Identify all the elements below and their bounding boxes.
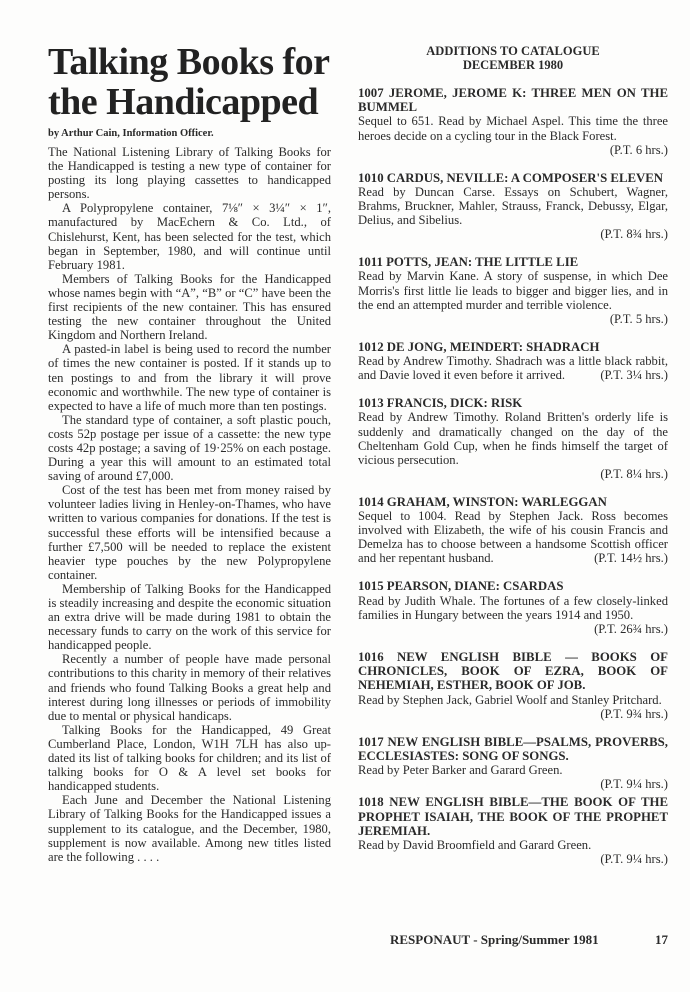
entry-title: 1016 NEW ENGLISH BIBLE — BOOKS OF CHRONI… bbox=[358, 650, 668, 693]
article-paragraph: Talking Books for the Handicapped, 49 Gr… bbox=[48, 723, 331, 793]
catalogue-entry: 1007 JEROME, JEROME K: THREE MEN ON THE … bbox=[358, 86, 668, 157]
entry-description: Read by Stephen Jack, Gabriel Woolf and … bbox=[358, 693, 668, 707]
playing-time: (P.T. 9¼ hrs.) bbox=[358, 777, 668, 791]
catalogue-entry: 1011 POTTS, JEAN: THE LITTLE LIE Read by… bbox=[358, 255, 668, 326]
article-paragraph: A pasted-in label is being used to recor… bbox=[48, 342, 331, 412]
playing-time: (P.T. 5 hrs.) bbox=[610, 312, 668, 326]
title-line-1: Talking Books for bbox=[48, 41, 330, 83]
publication-name: RESPONAUT - Spring/Summer 1981 bbox=[390, 932, 599, 948]
article-paragraph: Membership of Talking Books for the Hand… bbox=[48, 582, 331, 652]
catalogue-entry: 1016 NEW ENGLISH BIBLE — BOOKS OF CHRONI… bbox=[358, 650, 668, 721]
article-title: Talking Books for the Handicapped bbox=[48, 42, 331, 122]
playing-time: (P.T. 6 hrs.) bbox=[610, 143, 668, 157]
entry-description: Read by Peter Barker and Garard Green. bbox=[358, 763, 668, 777]
entry-title: 1017 NEW ENGLISH BIBLE—PSALMS, PROVERBS,… bbox=[358, 735, 668, 763]
playing-time: (P.T. 9¼ hrs.) bbox=[358, 852, 668, 866]
catalogue-entry: 1017 NEW ENGLISH BIBLE—PSALMS, PROVERBS,… bbox=[358, 735, 668, 792]
entry-title: 1018 NEW ENGLISH BIBLE—THE BOOK OF THE P… bbox=[358, 795, 668, 838]
catalogue-heading: ADDITIONS TO CATALOGUE DECEMBER 1980 bbox=[358, 44, 668, 72]
playing-time: (P.T. 8¾ hrs.) bbox=[358, 227, 668, 241]
catalogue-entry: 1010 CARDUS, NEVILLE: A COMPOSER'S ELEVE… bbox=[358, 171, 668, 242]
playing-time: (P.T. 8¼ hrs.) bbox=[358, 467, 668, 481]
entry-title: 1013 FRANCIS, DICK: RISK bbox=[358, 396, 668, 410]
catalogue-entry: 1015 PEARSON, DIANE: CSARDAS Read by Jud… bbox=[358, 579, 668, 635]
entry-title: 1011 POTTS, JEAN: THE LITTLE LIE bbox=[358, 255, 668, 269]
page-footer: RESPONAUT - Spring/Summer 1981 17 bbox=[390, 932, 668, 948]
entry-description: Read by Andrew Timothy. Shadrach was a l… bbox=[358, 354, 668, 382]
entry-description: Read by Andrew Timothy. Roland Britten's… bbox=[358, 410, 668, 466]
article-paragraph: A Polypropylene container, 7⅛″ × 3¼″ × 1… bbox=[48, 201, 331, 271]
article-paragraph: The standard type of container, a soft p… bbox=[48, 413, 331, 483]
article-paragraph: Recently a number of people have made pe… bbox=[48, 652, 331, 722]
entry-title: 1007 JEROME, JEROME K: THREE MEN ON THE … bbox=[358, 86, 668, 114]
article-paragraph: The National Listening Library of Talkin… bbox=[48, 145, 331, 201]
catalogue-heading-line-1: ADDITIONS TO CATALOGUE bbox=[426, 44, 599, 58]
article-paragraph: Cost of the test has been met from money… bbox=[48, 483, 331, 582]
entry-description: Read by Judith Whale. The fortunes of a … bbox=[358, 594, 668, 622]
catalogue-column: ADDITIONS TO CATALOGUE DECEMBER 1980 100… bbox=[358, 44, 668, 870]
title-line-2: the Handicapped bbox=[48, 81, 318, 123]
entry-title: 1012 DE JONG, MEINDERT: SHADRACH bbox=[358, 340, 668, 354]
entry-description: Sequel to 1004. Read by Stephen Jack. Ro… bbox=[358, 509, 668, 565]
playing-time: (P.T. 9¾ hrs.) bbox=[600, 707, 668, 721]
playing-time: (P.T. 14½ hrs.) bbox=[594, 551, 668, 565]
catalogue-heading-line-2: DECEMBER 1980 bbox=[463, 58, 563, 72]
byline: by Arthur Cain, Information Officer. bbox=[48, 128, 331, 139]
article-column: Talking Books for the Handicapped by Art… bbox=[48, 42, 331, 864]
entry-description: Read by Marvin Kane. A story of suspense… bbox=[358, 269, 668, 311]
entry-description: Read by David Broomfield and Garard Gree… bbox=[358, 838, 668, 852]
playing-time: (P.T. 26¾ hrs.) bbox=[594, 622, 668, 636]
article-paragraph: Members of Talking Books for the Handica… bbox=[48, 272, 331, 342]
catalogue-entry: 1018 NEW ENGLISH BIBLE—THE BOOK OF THE P… bbox=[358, 795, 668, 866]
catalogue-entry: 1012 DE JONG, MEINDERT: SHADRACH Read by… bbox=[358, 340, 668, 382]
page-number: 17 bbox=[655, 932, 668, 948]
playing-time: (P.T. 3¼ hrs.) bbox=[600, 368, 668, 382]
entry-title: 1015 PEARSON, DIANE: CSARDAS bbox=[358, 579, 668, 593]
article-paragraph: Each June and December the National List… bbox=[48, 793, 331, 863]
entry-title: 1014 GRAHAM, WINSTON: WARLEGGAN bbox=[358, 495, 668, 509]
entry-title: 1010 CARDUS, NEVILLE: A COMPOSER'S ELEVE… bbox=[358, 171, 668, 185]
catalogue-entry: 1013 FRANCIS, DICK: RISK Read by Andrew … bbox=[358, 396, 668, 481]
catalogue-entry: 1014 GRAHAM, WINSTON: WARLEGGAN Sequel t… bbox=[358, 495, 668, 566]
entry-description: Read by Duncan Carse. Essays on Schubert… bbox=[358, 185, 668, 227]
entry-description: Sequel to 651. Read by Michael Aspel. Th… bbox=[358, 114, 668, 142]
